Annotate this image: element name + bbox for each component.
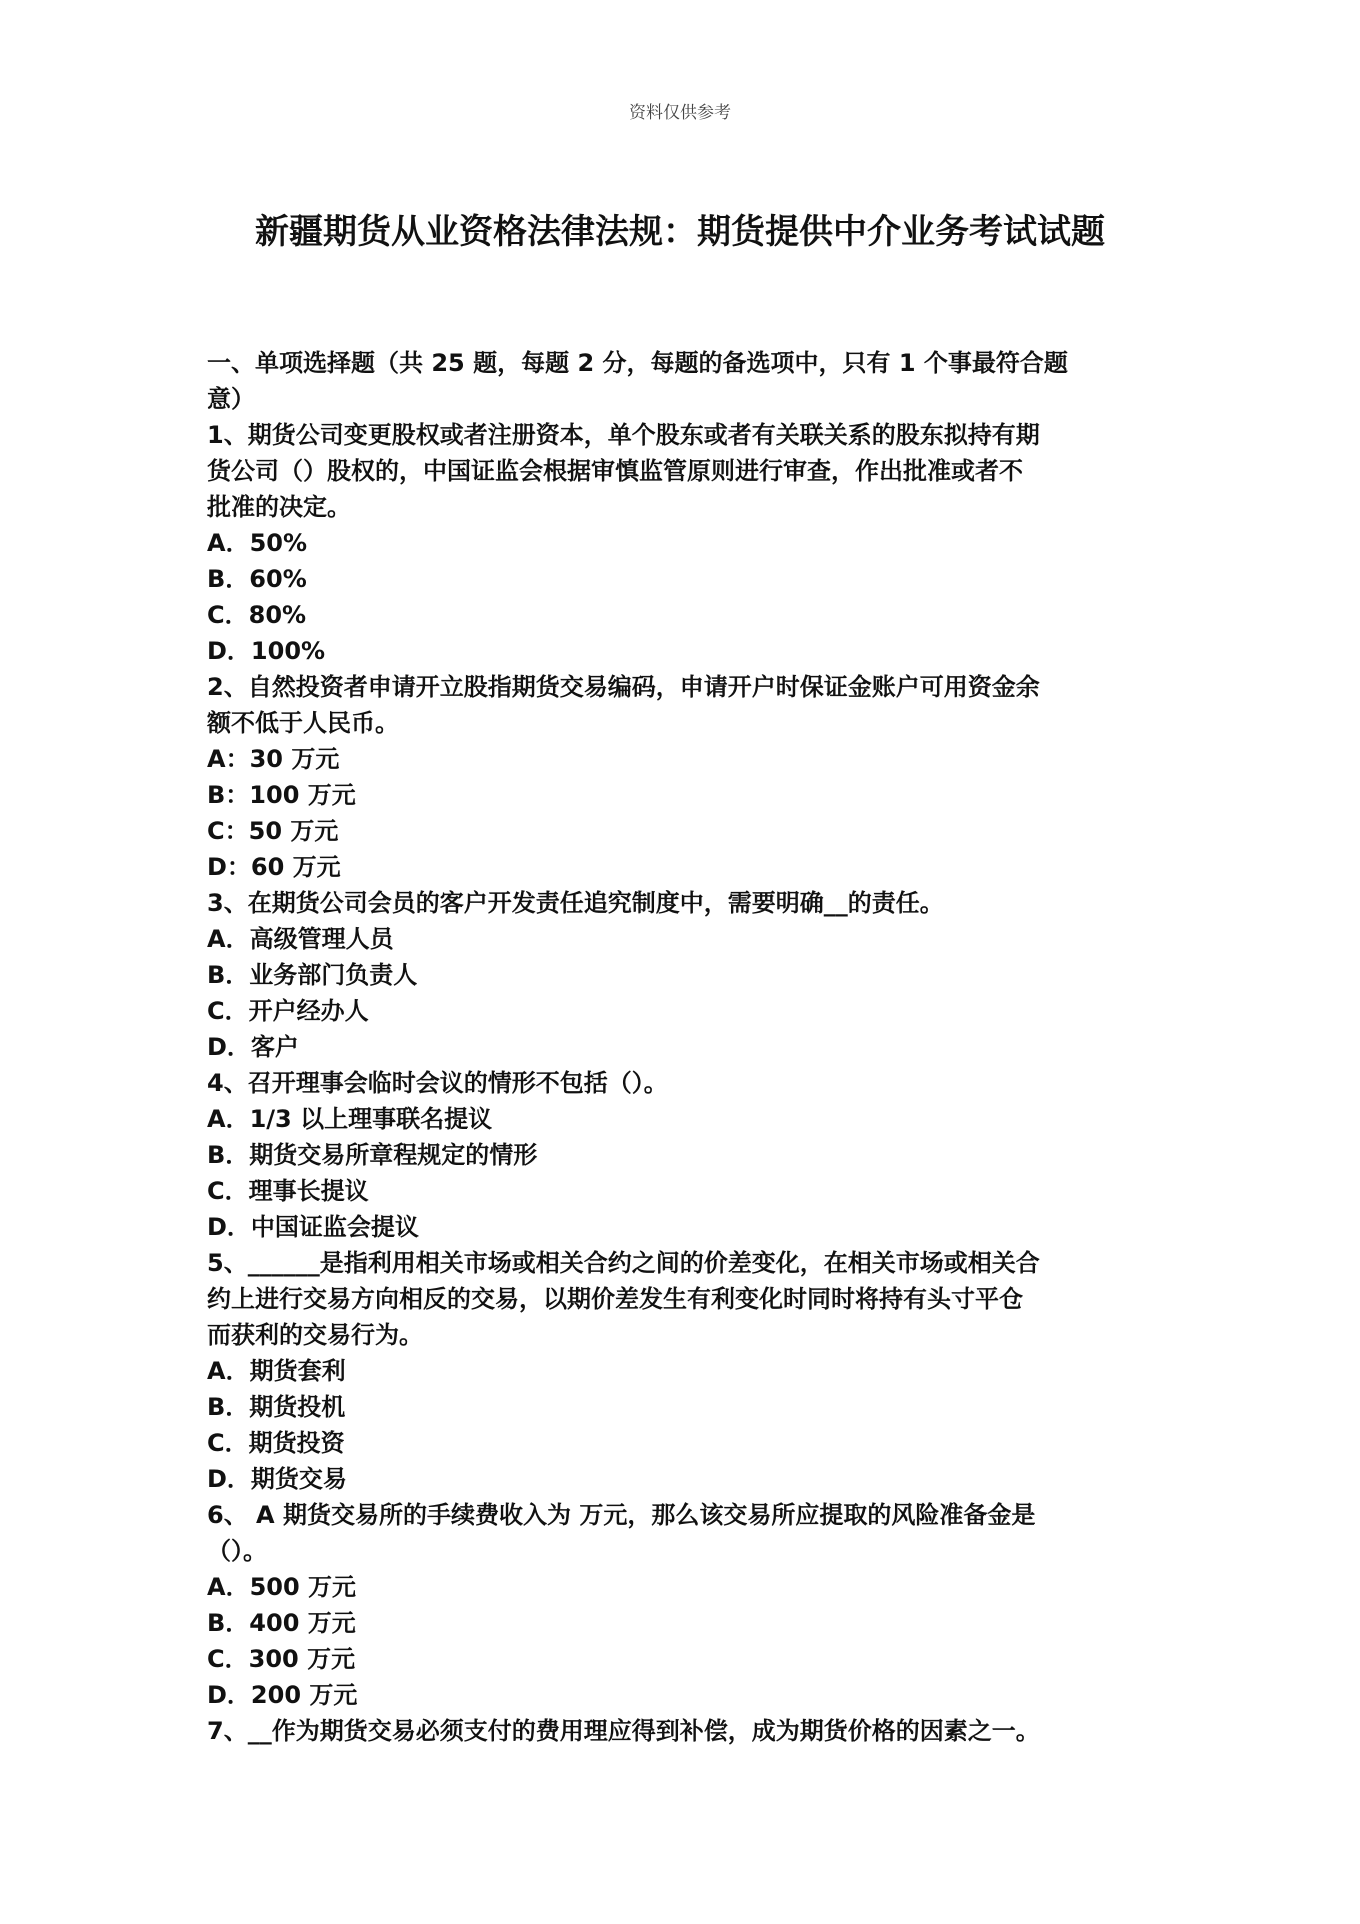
question-text: 1、期货公司变更股权或者注册资本，单个股东或者有关联关系的股东拟持有期 (207, 417, 1167, 453)
question-text: 约上进行交易方向相反的交易，以期价差发生有利变化时同时将持有头寸平仓 (207, 1281, 1167, 1317)
question-1: 1、期货公司变更股权或者注册资本，单个股东或者有关联关系的股东拟持有期 货公司（… (207, 417, 1167, 669)
document-body: 一、单项选择题（共 25 题，每题 2 分，每题的备选项中，只有 1 个事最符合… (207, 345, 1167, 1749)
question-5: 5、______是指利用相关市场或相关合约之间的价差变化，在相关市场或相关合 约… (207, 1245, 1167, 1497)
option-d: D．客户 (207, 1029, 1167, 1065)
option-b: B．400 万元 (207, 1605, 1167, 1641)
option-d: D．中国证监会提议 (207, 1209, 1167, 1245)
question-text: 而获利的交易行为。 (207, 1317, 1167, 1353)
question-text: 3、在期货公司会员的客户开发责任追究制度中，需要明确__的责任。 (207, 885, 1167, 921)
question-3: 3、在期货公司会员的客户开发责任追究制度中，需要明确__的责任。 A．高级管理人… (207, 885, 1167, 1065)
header-note: 资料仅供参考 (0, 98, 1360, 123)
question-6: 6、 A 期货交易所的手续费收入为 万元，那么该交易所应提取的风险准备金是 （）… (207, 1497, 1167, 1713)
question-text: （）。 (207, 1533, 1167, 1569)
option-c: C．300 万元 (207, 1641, 1167, 1677)
question-7: 7、__作为期货交易必须支付的费用理应得到补偿，成为期货价格的因素之一。 (207, 1713, 1167, 1749)
option-b: B．业务部门负责人 (207, 957, 1167, 993)
option-c: C．开户经办人 (207, 993, 1167, 1029)
option-d: D．期货交易 (207, 1461, 1167, 1497)
section-heading-line: 一、单项选择题（共 25 题，每题 2 分，每题的备选项中，只有 1 个事最符合… (207, 345, 1167, 381)
question-text: 货公司（）股权的，中国证监会根据审慎监管原则进行审查，作出批准或者不 (207, 453, 1167, 489)
option-a: A：30 万元 (207, 741, 1167, 777)
question-text: 4、召开理事会临时会议的情形不包括（）。 (207, 1065, 1167, 1101)
option-a: A．500 万元 (207, 1569, 1167, 1605)
question-text: 7、__作为期货交易必须支付的费用理应得到补偿，成为期货价格的因素之一。 (207, 1713, 1167, 1749)
option-a: A．50% (207, 525, 1167, 561)
option-b: B：100 万元 (207, 777, 1167, 813)
question-4: 4、召开理事会临时会议的情形不包括（）。 A．1/3 以上理事联名提议 B．期货… (207, 1065, 1167, 1245)
option-c: C：50 万元 (207, 813, 1167, 849)
option-b: B．期货交易所章程规定的情形 (207, 1137, 1167, 1173)
option-a: A．期货套利 (207, 1353, 1167, 1389)
option-c: C．期货投资 (207, 1425, 1167, 1461)
option-b: B．60% (207, 561, 1167, 597)
option-d: D．200 万元 (207, 1677, 1167, 1713)
question-text: 2、自然投资者申请开立股指期货交易编码，申请开户时保证金账户可用资金余 (207, 669, 1167, 705)
section-heading-line: 意） (207, 381, 1167, 417)
document-title: 新疆期货从业资格法律法规：期货提供中介业务考试试题 (0, 204, 1360, 253)
question-text: 5、______是指利用相关市场或相关合约之间的价差变化，在相关市场或相关合 (207, 1245, 1167, 1281)
option-d: D．100% (207, 633, 1167, 669)
option-d: D：60 万元 (207, 849, 1167, 885)
question-text: 额不低于人民币。 (207, 705, 1167, 741)
question-2: 2、自然投资者申请开立股指期货交易编码，申请开户时保证金账户可用资金余 额不低于… (207, 669, 1167, 885)
question-text: 6、 A 期货交易所的手续费收入为 万元，那么该交易所应提取的风险准备金是 (207, 1497, 1167, 1533)
option-a: A．高级管理人员 (207, 921, 1167, 957)
question-text: 批准的决定。 (207, 489, 1167, 525)
option-c: C．80% (207, 597, 1167, 633)
option-b: B．期货投机 (207, 1389, 1167, 1425)
option-a: A．1/3 以上理事联名提议 (207, 1101, 1167, 1137)
section-heading: 一、单项选择题（共 25 题，每题 2 分，每题的备选项中，只有 1 个事最符合… (207, 345, 1167, 417)
option-c: C．理事长提议 (207, 1173, 1167, 1209)
